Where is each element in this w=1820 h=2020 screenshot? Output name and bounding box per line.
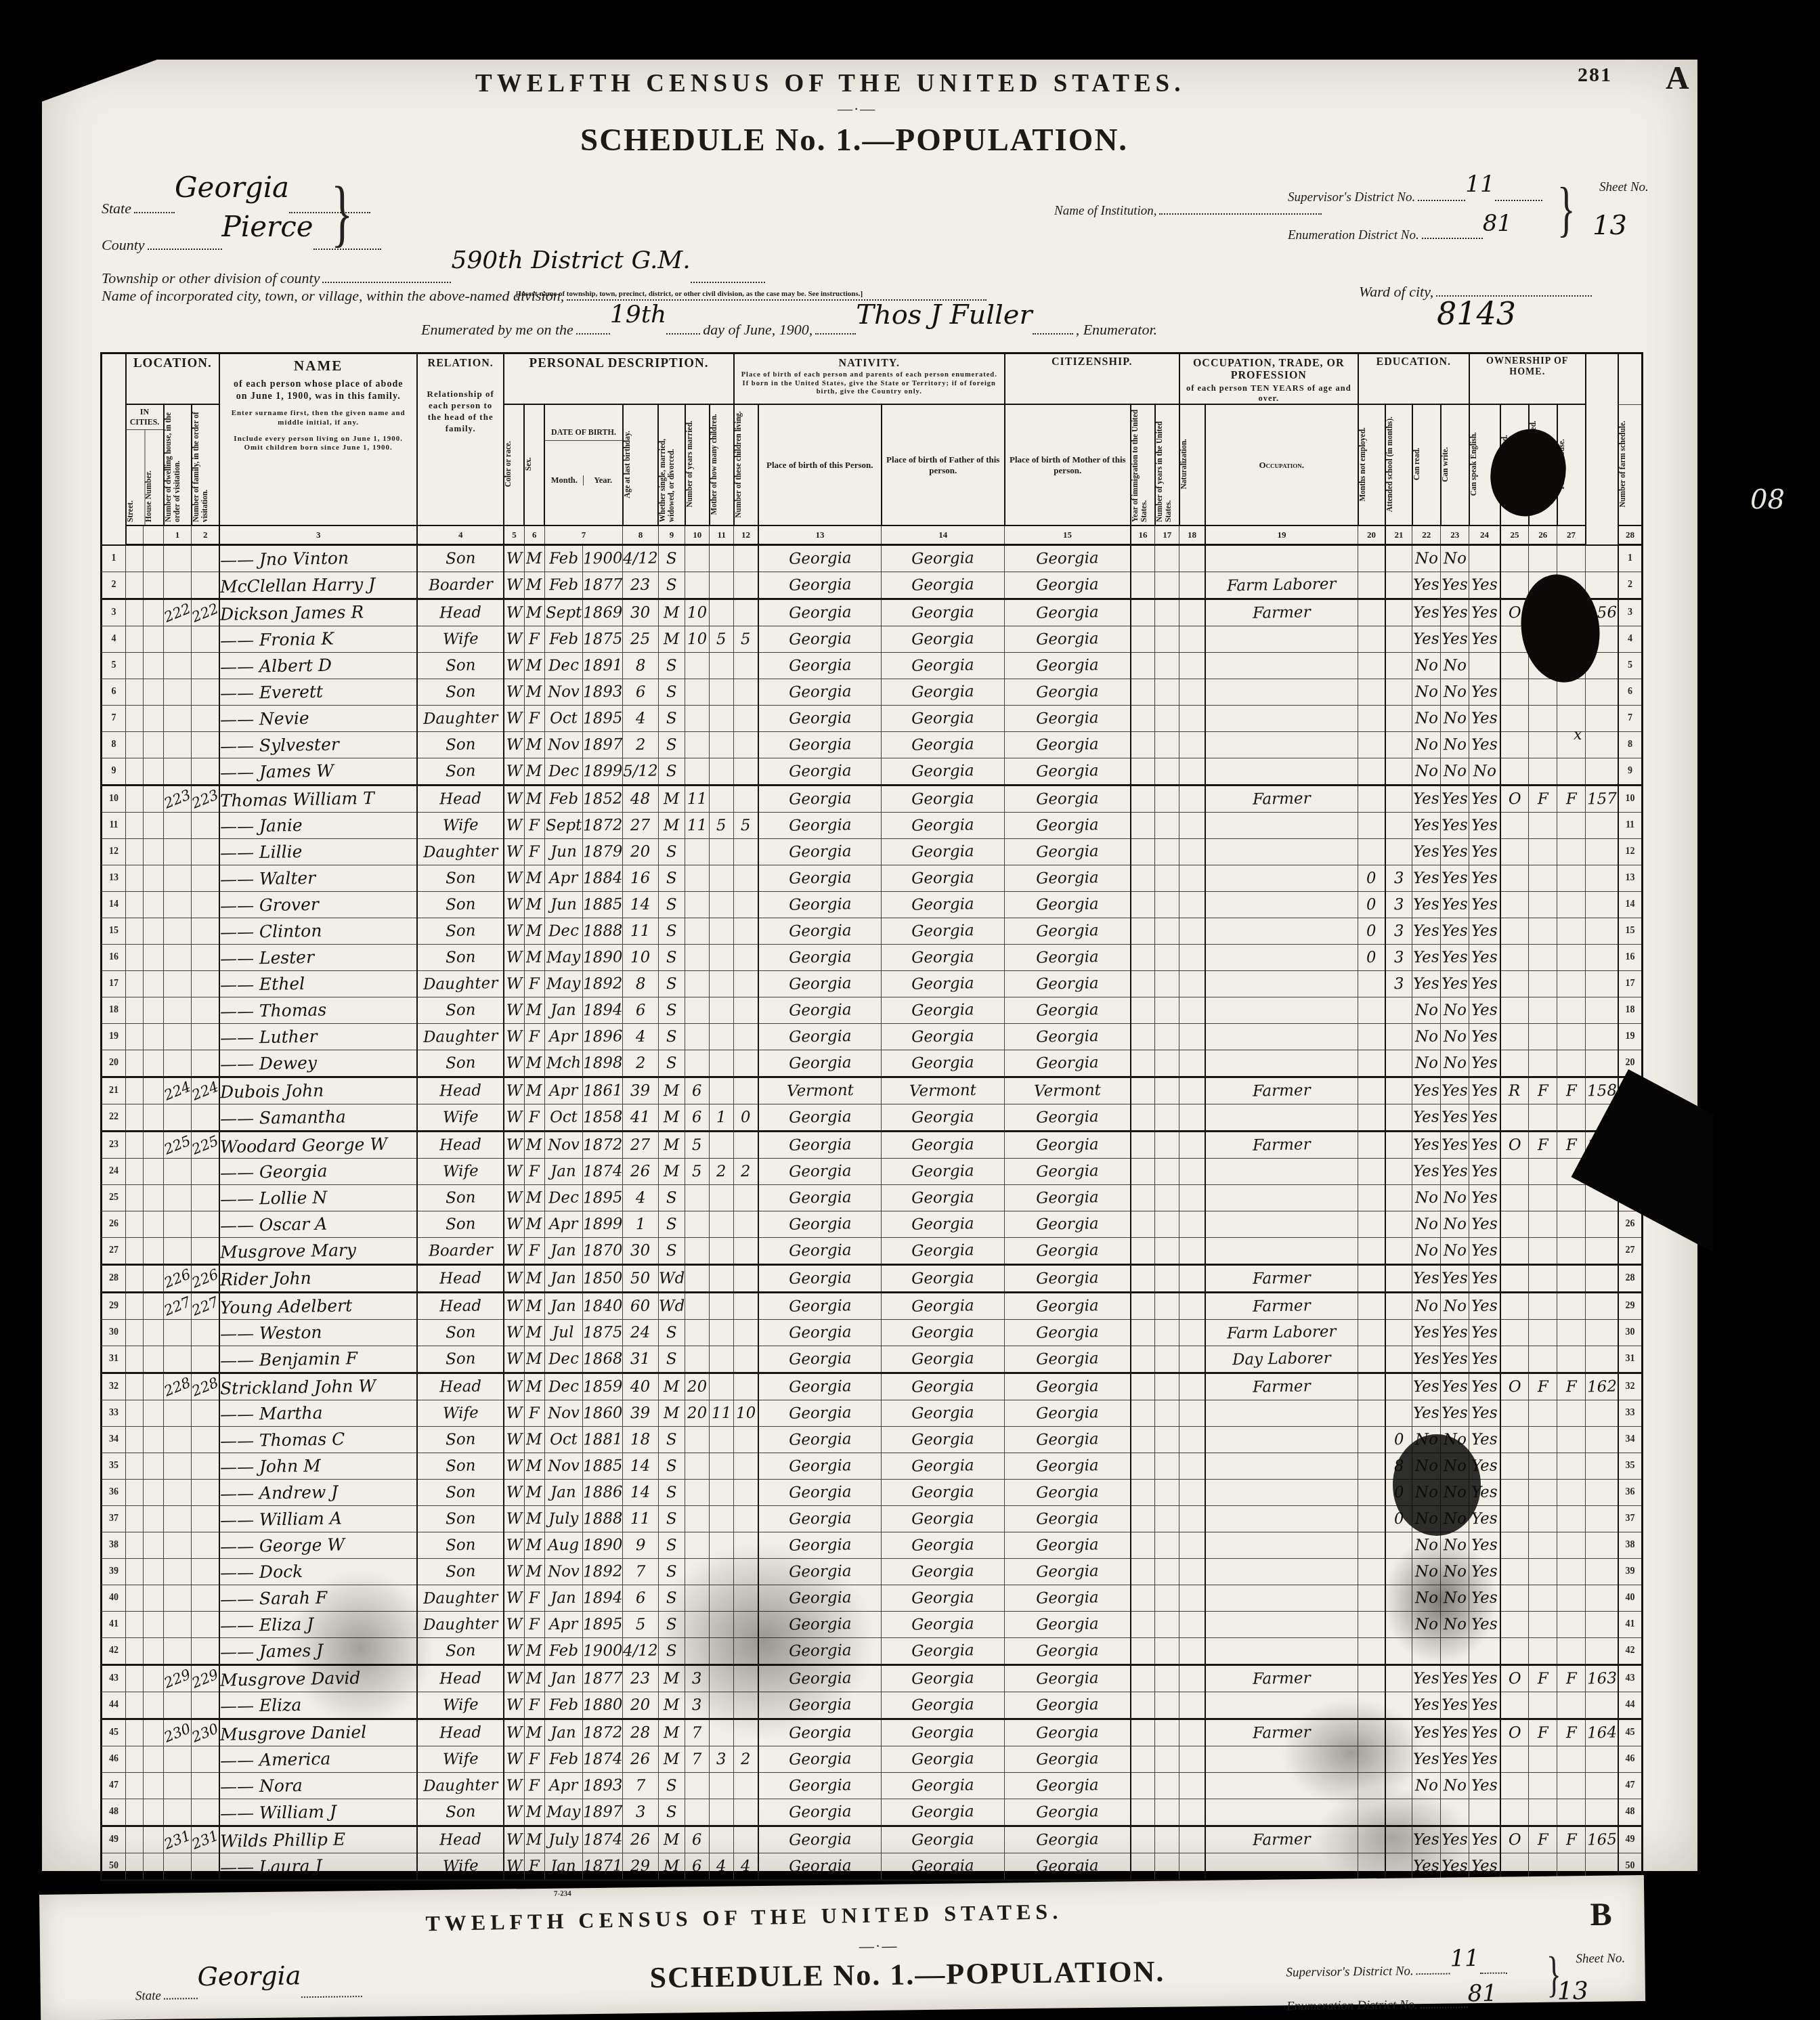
cell-color: W: [504, 1346, 524, 1373]
cell-dwelling-number: [164, 1024, 192, 1050]
cell-months-not-employed: [1358, 653, 1385, 679]
cell-family-number: 222: [192, 599, 220, 626]
cell-family-number: [192, 997, 220, 1024]
cell-farm-or-house: [1557, 1400, 1586, 1427]
cell-immigration-year: [1131, 1104, 1155, 1132]
cell-color: W: [504, 1132, 524, 1159]
cell-birthplace-father: Georgia: [882, 1826, 1005, 1853]
cell-color: W: [504, 1373, 524, 1400]
cell-sex: M: [524, 1050, 544, 1077]
cell-mother-of-children: [710, 971, 734, 997]
cell-sex: M: [524, 732, 544, 758]
row-number: 13: [102, 865, 126, 892]
cell-attended-school: [1385, 1077, 1412, 1104]
cell-birthplace-person: Georgia: [758, 706, 882, 732]
cell-street: [126, 1132, 144, 1159]
cell-naturalization: [1179, 1665, 1205, 1692]
cell-can-read: Yes: [1412, 1265, 1441, 1293]
cell-sex: M: [524, 1532, 544, 1559]
cell-attended-school: [1385, 1346, 1412, 1373]
row-number: 36: [102, 1480, 126, 1506]
cell-farm-or-house: [1557, 1746, 1586, 1773]
cell-age: 26: [623, 1746, 659, 1773]
cell-house-number: [144, 1453, 164, 1480]
cell-birthplace-person: Georgia: [758, 653, 882, 679]
table-row: 18—— ThomasSonWMJan18946SGeorgiaGeorgiaG…: [102, 997, 1643, 1024]
cell-owned-free-mortgaged: [1529, 839, 1557, 865]
cell-sex: M: [524, 1077, 544, 1104]
cell-dwelling-number: [164, 1185, 192, 1211]
cell-age: 20: [623, 839, 659, 865]
cell-family-number: [192, 1799, 220, 1826]
cell-relation: Son: [417, 1799, 504, 1826]
cell-age: 30: [623, 1238, 659, 1265]
cell-birth-year: 1897: [582, 732, 623, 758]
cell-birthplace-father: Georgia: [882, 1638, 1005, 1665]
cell-naturalization: [1179, 1265, 1205, 1293]
cell-color: W: [504, 892, 524, 918]
cell-mother-of-children: [710, 679, 734, 706]
cell-naturalization: [1179, 1559, 1205, 1585]
col-birthplace-father: Place of birth of Father of this person.: [882, 404, 1005, 525]
col-birth-year: Year.: [583, 475, 622, 486]
cell-street: [126, 1532, 144, 1559]
cell-birth-month: Feb: [544, 626, 582, 653]
cell-sex: M: [524, 1427, 544, 1453]
cell-birthplace-father: Georgia: [882, 626, 1005, 653]
cell-street: [126, 706, 144, 732]
cell-owned-rented: [1500, 1265, 1529, 1293]
row-number: 35: [1618, 1453, 1643, 1480]
row-number: 15: [102, 918, 126, 945]
cell-family-number: [192, 1453, 220, 1480]
cell-birthplace-mother: Georgia: [1005, 839, 1131, 865]
cell-birth-month: Nov: [544, 1132, 582, 1159]
cell-house-number: [144, 786, 164, 813]
cell-birth-year: 1874: [582, 1826, 623, 1853]
cell-attended-school: [1385, 758, 1412, 786]
cell-birthplace-mother: Vermont: [1005, 1077, 1131, 1104]
cell-relation: Head: [417, 1373, 504, 1400]
district-brace: }: [1557, 174, 1576, 245]
cell-years-married: [685, 1024, 710, 1050]
cell-birth-year: 1899: [582, 758, 623, 786]
cell-dwelling-number: 229: [164, 1665, 192, 1692]
cell-street: [126, 1400, 144, 1427]
cell-birthplace-person: Georgia: [758, 1373, 882, 1400]
cell-owned-free-mortgaged: [1529, 1692, 1557, 1719]
cell-birth-month: Jan: [544, 1853, 582, 1881]
cell-can-write: Yes: [1441, 1159, 1469, 1185]
cell-marital-status: S: [658, 1506, 685, 1532]
smudge: [651, 1543, 875, 1739]
row-number: 11: [102, 813, 126, 839]
row-number: 12: [102, 839, 126, 865]
cell-years-married: [685, 1773, 710, 1799]
table-row: 3222222Dickson James RHeadWMSept186930M1…: [102, 599, 1643, 626]
cell-can-speak-english: Yes: [1469, 1265, 1500, 1293]
cell-marital-status: S: [658, 1346, 685, 1373]
cell-children-living: [734, 918, 758, 945]
cell-color: W: [504, 1024, 524, 1050]
name-group-note2: Include every person living on June 1, 1…: [227, 435, 410, 454]
cell-birthplace-person: Georgia: [758, 971, 882, 997]
cell-can-speak-english: Yes: [1469, 1400, 1500, 1427]
cell-birthplace-person: Georgia: [758, 599, 882, 626]
cell-age: 40: [623, 1373, 659, 1400]
cell-naturalization: [1179, 865, 1205, 892]
cell-can-read: Yes: [1412, 1400, 1441, 1427]
cell-naturalization: [1179, 1050, 1205, 1077]
cell-age: 8: [623, 971, 659, 997]
row-number: 17: [1618, 971, 1643, 997]
cell-house-number: [144, 626, 164, 653]
cell-children-living: [734, 1427, 758, 1453]
cell-birth-year: 1869: [582, 599, 623, 626]
cell-can-speak-english: Yes: [1469, 1773, 1500, 1799]
cell-color: W: [504, 1320, 524, 1346]
table-row: 13—— WalterSonWMApr188416SGeorgiaGeorgia…: [102, 865, 1643, 892]
cell-birthplace-mother: Georgia: [1005, 1159, 1131, 1185]
cell-birth-year: 1852: [582, 786, 623, 813]
row-number: 47: [1618, 1773, 1643, 1799]
margin-x-mark: x: [1574, 727, 1582, 744]
cell-dwelling-number: [164, 626, 192, 653]
row-number: 25: [102, 1185, 126, 1211]
cell-name: Dubois John: [219, 1077, 417, 1104]
cell-family-number: [192, 1185, 220, 1211]
cell-birth-year: 1900: [582, 1638, 623, 1665]
cell-birthplace-person: Georgia: [758, 1453, 882, 1480]
cell-birthplace-mother: Georgia: [1005, 706, 1131, 732]
cell-family-number: 229: [192, 1665, 220, 1692]
cell-can-read: Yes: [1412, 813, 1441, 839]
cell-years-married: [685, 997, 710, 1024]
cell-name: —— Nevie: [219, 706, 417, 732]
cell-house-number: [144, 572, 164, 599]
col-can-speak-english: Can speak English.: [1470, 431, 1479, 498]
cell-family-number: [192, 626, 220, 653]
cell-years-in-us: [1155, 1400, 1179, 1427]
cell-mother-of-children: 3: [710, 1746, 734, 1773]
cell-birth-month: Jan: [544, 1665, 582, 1692]
cell-mother-of-children: [710, 706, 734, 732]
occupation-group-title: OCCUPATION, TRADE, OR PROFESSION: [1180, 358, 1358, 382]
cell-name: —— William A: [219, 1506, 417, 1532]
cell-attended-school: 3: [1385, 945, 1412, 971]
cell-years-in-us: [1155, 1211, 1179, 1238]
cell-street: [126, 1159, 144, 1185]
cell-birthplace-father: Georgia: [882, 1746, 1005, 1773]
row-number: 6: [1618, 679, 1643, 706]
cell-can-write: Yes: [1441, 945, 1469, 971]
cell-can-read: Yes: [1412, 1320, 1441, 1346]
cell-house-number: [144, 732, 164, 758]
cell-years-in-us: [1155, 1719, 1179, 1746]
cell-birthplace-father: Georgia: [882, 706, 1005, 732]
cell-house-number: [144, 971, 164, 997]
cell-months-not-employed: [1358, 545, 1385, 572]
cell-farm-schedule: [1586, 758, 1618, 786]
cell-dwelling-number: [164, 1638, 192, 1665]
cell-color: W: [504, 626, 524, 653]
cell-can-write: Yes: [1441, 865, 1469, 892]
cell-name: —— Nora: [219, 1773, 417, 1799]
table-row: 12—— LillieDaughterWFJun187920SGeorgiaGe…: [102, 839, 1643, 865]
cell-owned-rented: [1500, 1612, 1529, 1638]
cell-street: [126, 732, 144, 758]
cell-street: [126, 839, 144, 865]
cell-color: W: [504, 1185, 524, 1211]
cell-can-write: No: [1441, 1211, 1469, 1238]
cell-immigration-year: [1131, 1293, 1155, 1320]
col-years-in-us: Number of years in the United States.: [1156, 405, 1173, 525]
cell-birthplace-father: Georgia: [882, 1400, 1005, 1427]
cell-immigration-year: [1131, 1799, 1155, 1826]
cell-mother-of-children: [710, 1050, 734, 1077]
cell-immigration-year: [1131, 997, 1155, 1024]
census-title: TWELFTH CENSUS OF THE UNITED STATES.: [475, 69, 1185, 98]
cell-years-in-us: [1155, 1692, 1179, 1719]
cell-owned-rented: [1500, 1427, 1529, 1453]
cell-attended-school: [1385, 572, 1412, 599]
cell-house-number: [144, 1400, 164, 1427]
cell-attended-school: [1385, 786, 1412, 813]
cell-birthplace-mother: Georgia: [1005, 1211, 1131, 1238]
cell-farm-or-house: [1557, 1346, 1586, 1373]
cell-house-number: [144, 1159, 164, 1185]
cell-street: [126, 813, 144, 839]
cell-naturalization: [1179, 1427, 1205, 1453]
cell-dwelling-number: 228: [164, 1373, 192, 1400]
cell-farm-schedule: [1586, 1453, 1618, 1480]
row-number: 12: [1618, 839, 1643, 865]
cell-marital-status: M: [658, 626, 685, 653]
col-group-nativity: NATIVITY. Place of birth of each person …: [734, 353, 1005, 405]
cell-birthplace-person: Georgia: [758, 1400, 882, 1427]
cell-dwelling-number: 225: [164, 1132, 192, 1159]
cell-farm-or-house: [1557, 1050, 1586, 1077]
cell-immigration-year: [1131, 1373, 1155, 1400]
cell-birth-month: Apr: [544, 1077, 582, 1104]
cell-months-not-employed: [1358, 813, 1385, 839]
cell-birthplace-mother: Georgia: [1005, 758, 1131, 786]
cell-name: —— Janie: [219, 813, 417, 839]
row-number: 43: [102, 1665, 126, 1692]
cell-birthplace-person: Georgia: [758, 732, 882, 758]
row-number: 44: [1618, 1692, 1643, 1719]
cell-birthplace-person: Georgia: [758, 1320, 882, 1346]
cell-age: 9: [623, 1532, 659, 1559]
cell-birth-year: 1868: [582, 1346, 623, 1373]
cell-can-write: No: [1441, 758, 1469, 786]
title-rule-b: —·—: [859, 1937, 898, 1956]
cell-naturalization: [1179, 572, 1205, 599]
cell-can-read: No: [1412, 1185, 1441, 1211]
page-number-stamp: 281: [1578, 64, 1612, 87]
cell-birth-year: 1875: [582, 626, 623, 653]
cell-street: [126, 679, 144, 706]
cell-birth-year: 1895: [582, 1185, 623, 1211]
cell-sex: M: [524, 945, 544, 971]
cell-occupation: Farmer: [1205, 1293, 1358, 1320]
cell-dwelling-number: [164, 1612, 192, 1638]
cell-immigration-year: [1131, 1346, 1155, 1373]
cell-sex: F: [524, 1585, 544, 1612]
cell-dwelling-number: [164, 1692, 192, 1719]
cell-family-number: [192, 1638, 220, 1665]
cell-birthplace-person: Georgia: [758, 1773, 882, 1799]
cell-months-not-employed: [1358, 758, 1385, 786]
cell-months-not-employed: [1358, 1159, 1385, 1185]
cell-mother-of-children: [710, 918, 734, 945]
cell-house-number: [144, 706, 164, 732]
cell-relation: Son: [417, 892, 504, 918]
cell-birthplace-mother: Georgia: [1005, 1638, 1131, 1665]
cell-children-living: [734, 1826, 758, 1853]
supervisor-value: 11: [1465, 171, 1494, 198]
cell-birthplace-mother: Georgia: [1005, 1480, 1131, 1506]
cell-name: Dickson James R: [219, 599, 417, 626]
cell-relation: Wife: [417, 626, 504, 653]
row-number: 18: [1618, 997, 1643, 1024]
cell-birthplace-father: Georgia: [882, 1293, 1005, 1320]
cell-immigration-year: [1131, 545, 1155, 572]
cell-birthplace-father: Georgia: [882, 1185, 1005, 1211]
cell-birthplace-person: Georgia: [758, 1238, 882, 1265]
cell-months-not-employed: [1358, 997, 1385, 1024]
cell-marital-status: M: [658, 1159, 685, 1185]
cell-name: —— Grover: [219, 892, 417, 918]
cell-house-number: [144, 1132, 164, 1159]
cell-sex: F: [524, 813, 544, 839]
cell-name: —— Ethel: [219, 971, 417, 997]
cell-house-number: [144, 1826, 164, 1853]
cell-birth-year: 1895: [582, 1612, 623, 1638]
cell-occupation: [1205, 1480, 1358, 1506]
cell-name: —— Weston: [219, 1320, 417, 1346]
cell-marital-status: M: [658, 786, 685, 813]
cell-sex: M: [524, 1265, 544, 1293]
cell-birthplace-person: Georgia: [758, 679, 882, 706]
cell-owned-rented: [1500, 918, 1529, 945]
cell-house-number: [144, 1638, 164, 1665]
cell-birth-month: Jan: [544, 1265, 582, 1293]
cell-occupation: [1205, 1159, 1358, 1185]
cell-color: W: [504, 971, 524, 997]
row-number: 26: [1618, 1211, 1643, 1238]
cell-family-number: [192, 865, 220, 892]
cell-relation: Son: [417, 865, 504, 892]
row-number: 45: [102, 1719, 126, 1746]
cell-marital-status: S: [658, 1480, 685, 1506]
cell-can-speak-english: Yes: [1469, 1050, 1500, 1077]
cell-birthplace-person: Georgia: [758, 1024, 882, 1050]
cell-immigration-year: [1131, 572, 1155, 599]
cell-dwelling-number: [164, 1346, 192, 1373]
cell-birth-year: 1880: [582, 1692, 623, 1719]
cell-mother-of-children: [710, 1799, 734, 1826]
cell-farm-or-house: F: [1557, 1719, 1586, 1746]
cell-farm-or-house: F: [1557, 1665, 1586, 1692]
cell-immigration-year: [1131, 1077, 1155, 1104]
cell-age: 3: [623, 1799, 659, 1826]
cell-naturalization: [1179, 626, 1205, 653]
cell-birthplace-person: Georgia: [758, 1506, 882, 1532]
cell-marital-status: S: [658, 758, 685, 786]
enumeration-value-b: 81: [1467, 1980, 1497, 2008]
cell-birthplace-mother: Georgia: [1005, 1373, 1131, 1400]
cell-birthplace-father: Georgia: [882, 1585, 1005, 1612]
cell-street: [126, 1293, 144, 1320]
cell-owned-rented: [1500, 545, 1529, 572]
cell-birthplace-mother: Georgia: [1005, 545, 1131, 572]
cell-months-not-employed: [1358, 839, 1385, 865]
cell-birthplace-father: Georgia: [882, 758, 1005, 786]
table-row: 25—— Lollie NSonWMDec18954SGeorgiaGeorgi…: [102, 1185, 1643, 1211]
col-occupation: Occupation.: [1205, 404, 1358, 525]
cell-farm-schedule: [1586, 1480, 1618, 1506]
cell-years-in-us: [1155, 1077, 1179, 1104]
cell-farm-or-house: [1557, 1559, 1586, 1585]
cell-owned-free-mortgaged: [1529, 1320, 1557, 1346]
cell-children-living: [734, 653, 758, 679]
cell-birth-month: Feb: [544, 786, 582, 813]
cell-years-married: [685, 1346, 710, 1373]
sheet-label: Sheet No.: [1599, 180, 1649, 195]
cell-dwelling-number: [164, 945, 192, 971]
cell-farm-or-house: [1557, 839, 1586, 865]
cell-owned-free-mortgaged: [1529, 706, 1557, 732]
table-row: 15—— ClintonSonWMDec188811SGeorgiaGeorgi…: [102, 918, 1643, 945]
cell-marital-status: S: [658, 865, 685, 892]
cell-years-married: [685, 1799, 710, 1826]
cell-naturalization: [1179, 1692, 1205, 1719]
cell-can-write: No: [1441, 997, 1469, 1024]
cell-birthplace-father: Georgia: [882, 1532, 1005, 1559]
cell-attended-school: [1385, 1211, 1412, 1238]
cell-attended-school: 3: [1385, 865, 1412, 892]
cell-immigration-year: [1131, 839, 1155, 865]
cell-relation: Daughter: [417, 839, 504, 865]
cell-birthplace-father: Georgia: [882, 1024, 1005, 1050]
cell-age: 18: [623, 1427, 659, 1453]
cell-can-write: Yes: [1441, 1320, 1469, 1346]
cell-farm-or-house: [1557, 945, 1586, 971]
cell-family-number: 223: [192, 786, 220, 813]
cell-sex: M: [524, 1719, 544, 1746]
page-letter-b: B: [1590, 1896, 1612, 1933]
cell-can-speak-english: Yes: [1469, 1293, 1500, 1320]
table-row: 23225225Woodard George WHeadWMNov187227M…: [102, 1132, 1643, 1159]
cell-street: [126, 1211, 144, 1238]
cell-relation: Son: [417, 1532, 504, 1559]
cell-mother-of-children: [710, 732, 734, 758]
cell-owned-rented: [1500, 758, 1529, 786]
cell-years-married: 10: [685, 626, 710, 653]
cell-farm-or-house: F: [1557, 1826, 1586, 1853]
row-number: 32: [1618, 1373, 1643, 1400]
cell-farm-schedule: 165: [1586, 1826, 1618, 1853]
cell-farm-schedule: [1586, 1532, 1618, 1559]
cell-relation: Wife: [417, 1159, 504, 1185]
cell-mother-of-children: [710, 572, 734, 599]
cell-can-read: Yes: [1412, 865, 1441, 892]
cell-birthplace-mother: Georgia: [1005, 1559, 1131, 1585]
cell-farm-schedule: [1586, 1265, 1618, 1293]
cell-owned-rented: [1500, 1400, 1529, 1427]
cell-farm-or-house: [1557, 1265, 1586, 1293]
